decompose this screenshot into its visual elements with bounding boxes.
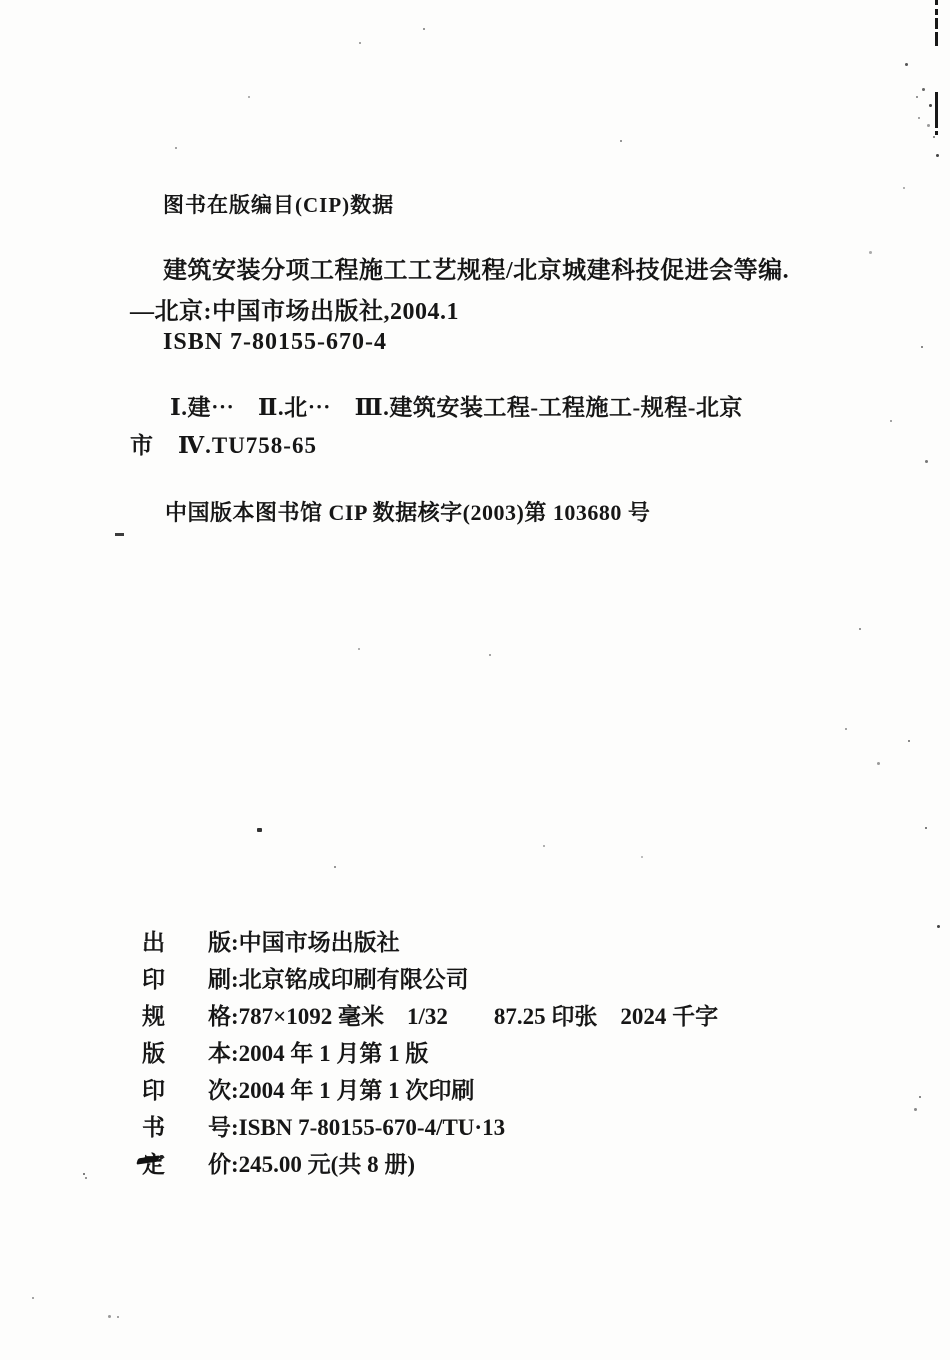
speckle xyxy=(175,147,177,149)
speckle xyxy=(257,828,262,832)
classification-line1: Ⅰ.建⋯ Ⅱ.北⋯ Ⅲ.建筑安装工程-工程施工-规程-北京 xyxy=(170,389,743,422)
classification-line2: 市 Ⅳ.TU758-65 xyxy=(130,427,317,460)
speckle xyxy=(918,117,920,119)
edge-dash xyxy=(935,92,938,128)
speckle xyxy=(85,1177,87,1179)
colophon-row-edition: 版 本:2004 年 1 月第 1 版 xyxy=(142,1035,882,1067)
speckle xyxy=(248,96,250,98)
speckle xyxy=(877,762,880,765)
colophon-value: 格:787×1092 毫米 1/32 87.25 印张 2024 千字 xyxy=(208,998,718,1031)
speckle xyxy=(922,88,925,91)
speckle xyxy=(641,856,643,858)
speckle xyxy=(903,187,905,189)
stray-ink-dot xyxy=(159,1155,164,1159)
speckle xyxy=(869,251,872,254)
speckle xyxy=(117,1316,119,1318)
cip-entry-line2: —北京:中国市场出版社,2004.1 xyxy=(130,291,459,326)
cip-heading: 图书在版编目(CIP)数据 xyxy=(163,189,394,219)
speckle xyxy=(921,346,923,348)
speckle xyxy=(925,460,928,463)
isbn-number: ISBN 7-80155-670-4 xyxy=(163,329,387,356)
colophon-row-price: 定 价:245.00 元(共 8 册) xyxy=(142,1146,882,1178)
colophon-label: 印 xyxy=(142,961,165,994)
edge-dash xyxy=(935,32,938,46)
speckle xyxy=(32,1297,34,1299)
speckle xyxy=(925,827,927,829)
speckle xyxy=(83,1173,85,1175)
edge-dash xyxy=(935,18,938,29)
stray-dash-mark xyxy=(115,533,124,536)
colophon-value: 刷:北京铭成印刷有限公司 xyxy=(208,961,469,994)
edge-dash xyxy=(935,131,938,135)
colophon-row-printing: 印 次:2004 年 1 月第 1 次印刷 xyxy=(142,1072,882,1104)
speckle xyxy=(845,728,847,730)
speckle xyxy=(334,866,336,868)
colophon-label: 规 xyxy=(142,998,165,1031)
speckle xyxy=(620,140,622,142)
speckle xyxy=(859,628,861,630)
colophon-row-publisher: 出 版:中国市场出版社 xyxy=(142,924,882,956)
speckle xyxy=(489,654,491,656)
colophon-label: 书 xyxy=(142,1109,165,1142)
speckle xyxy=(929,104,932,107)
colophon-row-format: 规 格:787×1092 毫米 1/32 87.25 印张 2024 千字 xyxy=(142,998,882,1030)
colophon-value: 次:2004 年 1 月第 1 次印刷 xyxy=(208,1072,474,1105)
speckle xyxy=(933,136,935,138)
cip-entry-line1: 建筑安装分项工程施工工艺规程/北京城建科技促进会等编. xyxy=(163,250,789,285)
speckle xyxy=(358,648,360,650)
speckle xyxy=(916,96,918,98)
speckle xyxy=(108,1315,111,1318)
speckle xyxy=(927,124,930,127)
colophon-value: 号:ISBN 7-80155-670-4/TU·13 xyxy=(208,1109,505,1142)
speckle xyxy=(423,28,425,30)
speckle xyxy=(543,845,545,847)
speckle xyxy=(359,42,361,44)
edge-dash xyxy=(935,0,938,5)
colophon-value: 价:245.00 元(共 8 册) xyxy=(208,1146,415,1179)
colophon-row-book-number: 书 号:ISBN 7-80155-670-4/TU·13 xyxy=(142,1109,882,1141)
colophon-value: 本:2004 年 1 月第 1 版 xyxy=(208,1035,428,1068)
speckle xyxy=(905,63,908,66)
colophon-value: 版:中国市场出版社 xyxy=(208,924,400,957)
colophon-row-printer: 印 刷:北京铭成印刷有限公司 xyxy=(142,961,882,993)
cip-record-number: 中国版本图书馆 CIP 数据核字(2003)第 103680 号 xyxy=(165,496,650,527)
scanned-copyright-page: 图书在版编目(CIP)数据 建筑安装分项工程施工工艺规程/北京城建科技促进会等编… xyxy=(0,0,950,1360)
speckle xyxy=(919,1096,921,1098)
colophon-label: 出 xyxy=(142,924,165,957)
speckle xyxy=(914,1108,917,1111)
colophon-label: 版 xyxy=(142,1035,165,1068)
speckle xyxy=(936,154,939,157)
speckle xyxy=(890,420,892,422)
colophon-label: 印 xyxy=(142,1072,165,1105)
speckle xyxy=(937,925,940,928)
edge-dash xyxy=(935,9,938,15)
speckle xyxy=(908,740,910,742)
